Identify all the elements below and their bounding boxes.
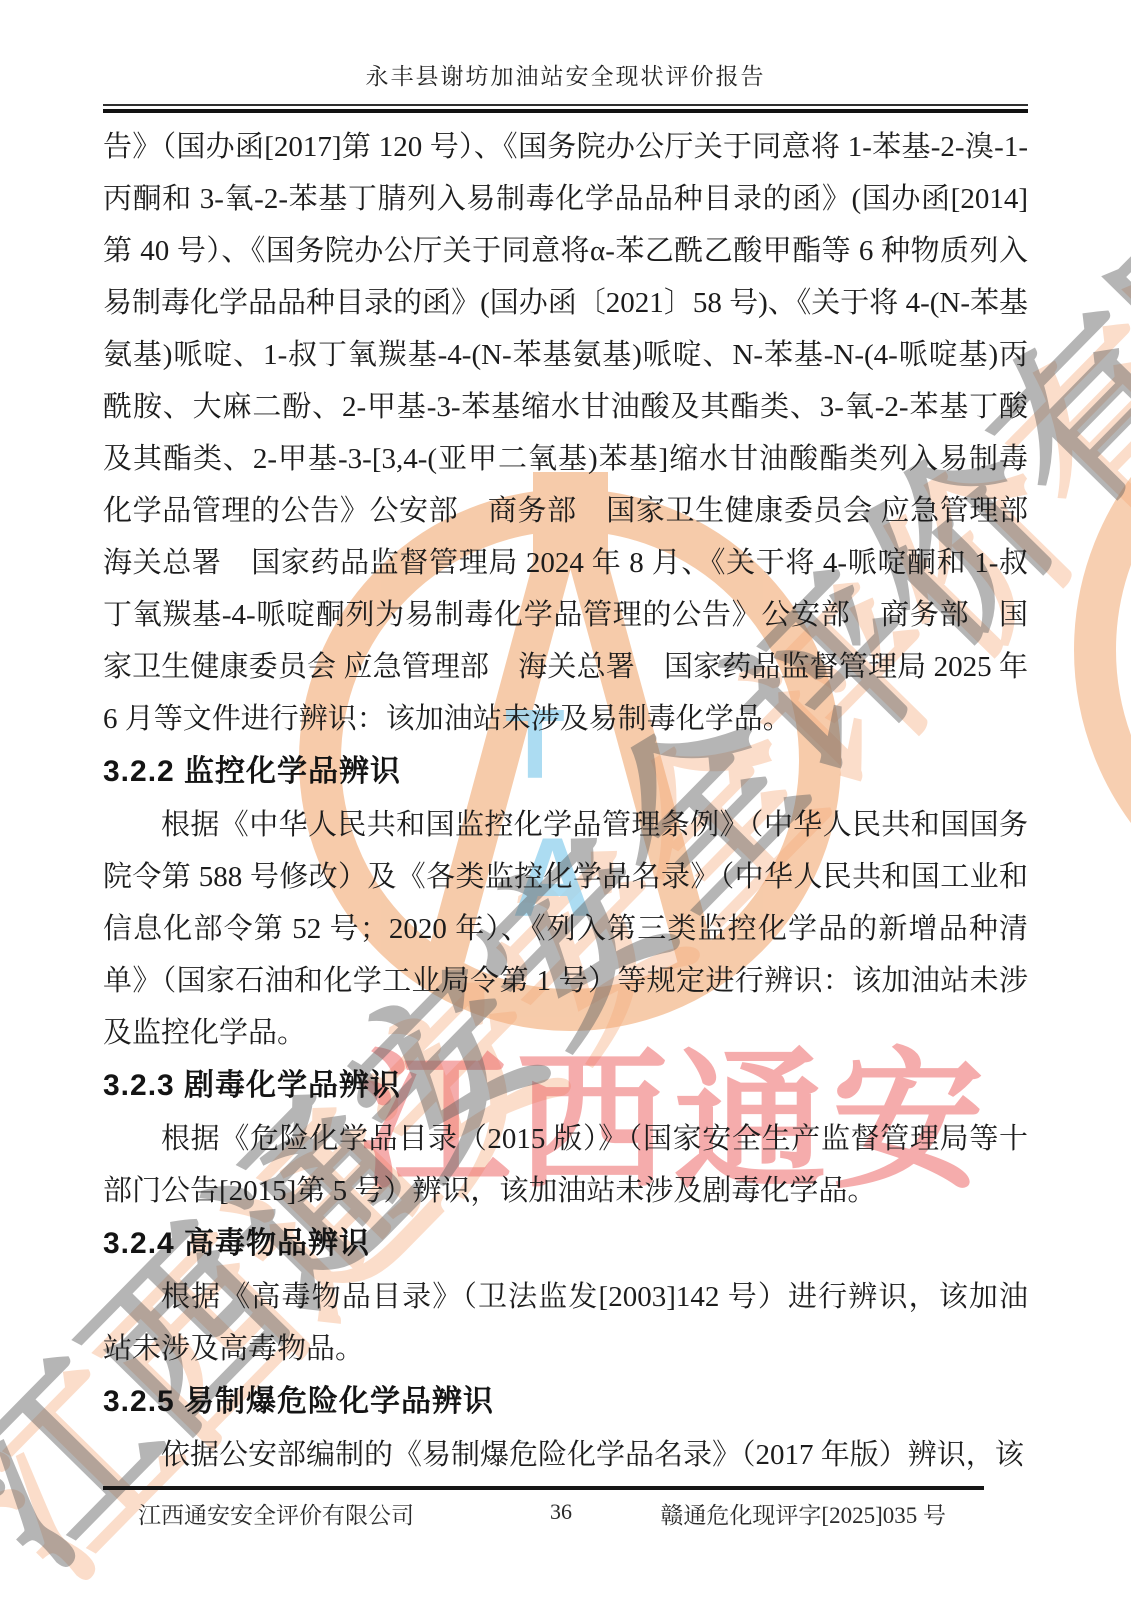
paragraph-continuation: 告》（国办函[2017]第 120 号）、《国务院办公厅关于同意将 1-苯基-2… (103, 121, 1028, 745)
page-footer: 江西通安安全评价有限公司 36 赣通危化现评字[2025]035 号 (103, 1486, 984, 1497)
header-rule-thin (103, 104, 1028, 106)
logo-ring-circle-edge (1095, 380, 1131, 920)
section-paragraph: 依据公安部编制的《易制爆危险化学品名录》（2017 年版）辨识，该 (103, 1429, 1028, 1481)
section-heading-3-2-2: 3.2.2 监控化学品辨识 (103, 745, 1028, 799)
section-paragraph: 根据《高毒物品目录》（卫法监发[2003]142 号）进行辨识，该加油站未涉及高… (103, 1271, 1028, 1375)
section-heading-3-2-3: 3.2.3 剧毒化学品辨识 (103, 1059, 1028, 1113)
section-paragraph: 根据《中华人民共和国监控化学品管理条例》（中华人民共和国国务院令第 588 号修… (103, 799, 1028, 1059)
footer-page-number: 36 (550, 1499, 572, 1525)
report-page: 江西通安安全评价有限公司 江西通安安全评价有限公司 T A 江西通安 永丰县谢坊… (0, 0, 1131, 1600)
section-heading-3-2-4: 3.2.4 高毒物品辨识 (103, 1217, 1028, 1271)
document-body: 告》（国办函[2017]第 120 号）、《国务院办公厅关于同意将 1-苯基-2… (103, 121, 1028, 1481)
header-rule-thick (103, 109, 1028, 113)
page-header-title: 永丰县谢坊加油站安全现状评价报告 (103, 62, 1028, 92)
section-heading-3-2-5: 3.2.5 易制爆危险化学品辨识 (103, 1375, 1028, 1429)
page-header: 永丰县谢坊加油站安全现状评价报告 (0, 0, 1131, 113)
footer-document-number: 赣通危化现评字[2025]035 号 (660, 1497, 946, 1530)
section-paragraph: 根据《危险化学品目录（2015 版）》（国家安全生产监督管理局等十部门公告[20… (103, 1113, 1028, 1217)
footer-company-name: 江西通安安全评价有限公司 (138, 1497, 414, 1530)
